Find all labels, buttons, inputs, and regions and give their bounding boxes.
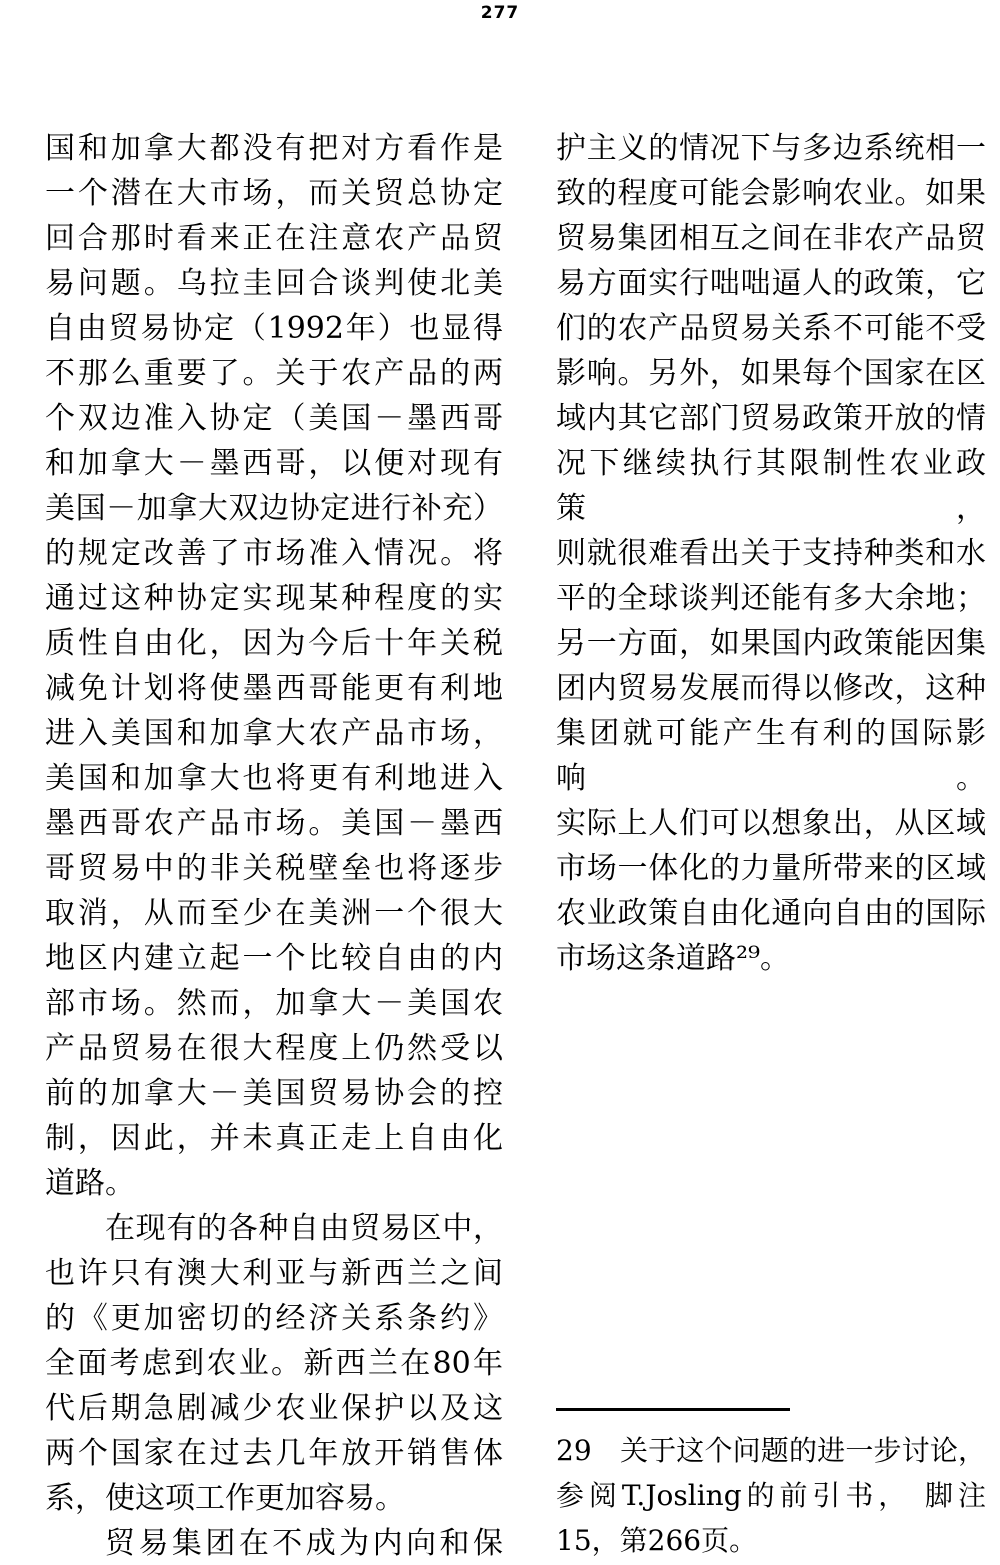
text-line: 进入美国和加拿大农产品市场， xyxy=(45,711,503,756)
text-line: 另一方面，如果国内政策能因集 xyxy=(556,621,986,666)
text-line: 们的农产品贸易关系不可能不受 xyxy=(556,306,986,351)
text-line: 况下继续执行其限制性农业政策， xyxy=(556,441,986,531)
text-line: 通过这种协定实现某种程度的实 xyxy=(45,576,503,621)
text-line: 贸易集团在不成为内向和保 xyxy=(45,1521,503,1565)
text-line: 市场一体化的力量所带来的区域 xyxy=(556,846,986,891)
text-line: 不那么重要了。关于农产品的两 xyxy=(45,351,503,396)
text-line: 美国－加拿大双边协定进行补充） xyxy=(45,486,503,531)
text-line: 致的程度可能会影响农业。如果 xyxy=(556,171,986,216)
page-number: 277 xyxy=(22,3,978,23)
text-line: 道路。 xyxy=(45,1161,503,1206)
text-line: 美国和加拿大也将更有利地进入 xyxy=(45,756,503,801)
text-line: 护主义的情况下与多边系统相一 xyxy=(556,126,986,171)
text-line: 部市场。然而，加拿大－美国农 xyxy=(45,981,503,1026)
footnote-divider-rule xyxy=(556,1408,790,1411)
right-text-column: 护主义的情况下与多边系统相一致的程度可能会影响农业。如果贸易集团相互之间在非农产… xyxy=(556,126,986,981)
text-line: 易方面实行咄咄逼人的政策，它 xyxy=(556,261,986,306)
text-line: 团内贸易发展而得以修改，这种 xyxy=(556,666,986,711)
text-line: 全面考虑到农业。新西兰在80年 xyxy=(45,1341,503,1386)
text-line: 质性自由化，因为今后十年关税 xyxy=(45,621,503,666)
footnote-text-block: 29 关于这个问题的进一步讨论，参阅T.Josling的前引书， 脚注15，第2… xyxy=(556,1428,986,1563)
text-line: 系，使这项工作更加容易。 xyxy=(45,1476,503,1521)
text-line: 平的全球谈判还能有多大余地； xyxy=(556,576,986,621)
text-line: 的《更加密切的经济关系条约》 xyxy=(45,1296,503,1341)
text-line: 墨西哥农产品市场。美国－墨西 xyxy=(45,801,503,846)
text-line: 减免计划将使墨西哥能更有利地 xyxy=(45,666,503,711)
text-line: 集团就可能产生有利的国际影响。 xyxy=(556,711,986,801)
text-line: 代后期急剧减少农业保护以及这 xyxy=(45,1386,503,1431)
text-line: 个双边准入协定（美国－墨西哥 xyxy=(45,396,503,441)
text-line: 产品贸易在很大程度上仍然受以 xyxy=(45,1026,503,1071)
text-line: 哥贸易中的非关税壁垒也将逐步 xyxy=(45,846,503,891)
text-line: 制，因此，并未真正走上自由化 xyxy=(45,1116,503,1161)
text-line: 则就很难看出关于支持种类和水 xyxy=(556,531,986,576)
text-line: 和加拿大－墨西哥，以便对现有 xyxy=(45,441,503,486)
text-line: 影响。另外，如果每个国家在区 xyxy=(556,351,986,396)
text-line: 回合那时看来正在注意农产品贸 xyxy=(45,216,503,261)
document-page: 277 国和加拿大都没有把对方看作是一个潜在大市场，而关贸总协定回合那时看来正在… xyxy=(0,0,1000,1565)
text-line: 地区内建立起一个比较自由的内 xyxy=(45,936,503,981)
text-line: 取消，从而至少在美洲一个很大 xyxy=(45,891,503,936)
text-line: 两个国家在过去几年放开销售体 xyxy=(45,1431,503,1476)
text-line: 农业政策自由化通向自由的国际 xyxy=(556,891,986,936)
text-line: 贸易集团相互之间在非农产品贸 xyxy=(556,216,986,261)
text-line: 也许只有澳大利亚与新西兰之间 xyxy=(45,1251,503,1296)
text-line: 15，第266页。 xyxy=(556,1518,986,1563)
text-line: 参阅T.Josling的前引书， 脚注 xyxy=(556,1473,986,1518)
text-line: 国和加拿大都没有把对方看作是 xyxy=(45,126,503,171)
text-line: 易问题。乌拉圭回合谈判使北美 xyxy=(45,261,503,306)
text-line: 市场这条道路²⁹。 xyxy=(556,936,986,981)
text-line: 自由贸易协定（1992年）也显得 xyxy=(45,306,503,351)
text-line: 一个潜在大市场，而关贸总协定 xyxy=(45,171,503,216)
text-line: 的规定改善了市场准入情况。将 xyxy=(45,531,503,576)
text-line: 实际上人们可以想象出，从区域 xyxy=(556,801,986,846)
text-line: 29 关于这个问题的进一步讨论， xyxy=(556,1428,986,1473)
text-line: 域内其它部门贸易政策开放的情 xyxy=(556,396,986,441)
left-text-column: 国和加拿大都没有把对方看作是一个潜在大市场，而关贸总协定回合那时看来正在注意农产… xyxy=(45,126,503,1565)
text-line: 前的加拿大－美国贸易协会的控 xyxy=(45,1071,503,1116)
text-line: 在现有的各种自由贸易区中， xyxy=(45,1206,503,1251)
